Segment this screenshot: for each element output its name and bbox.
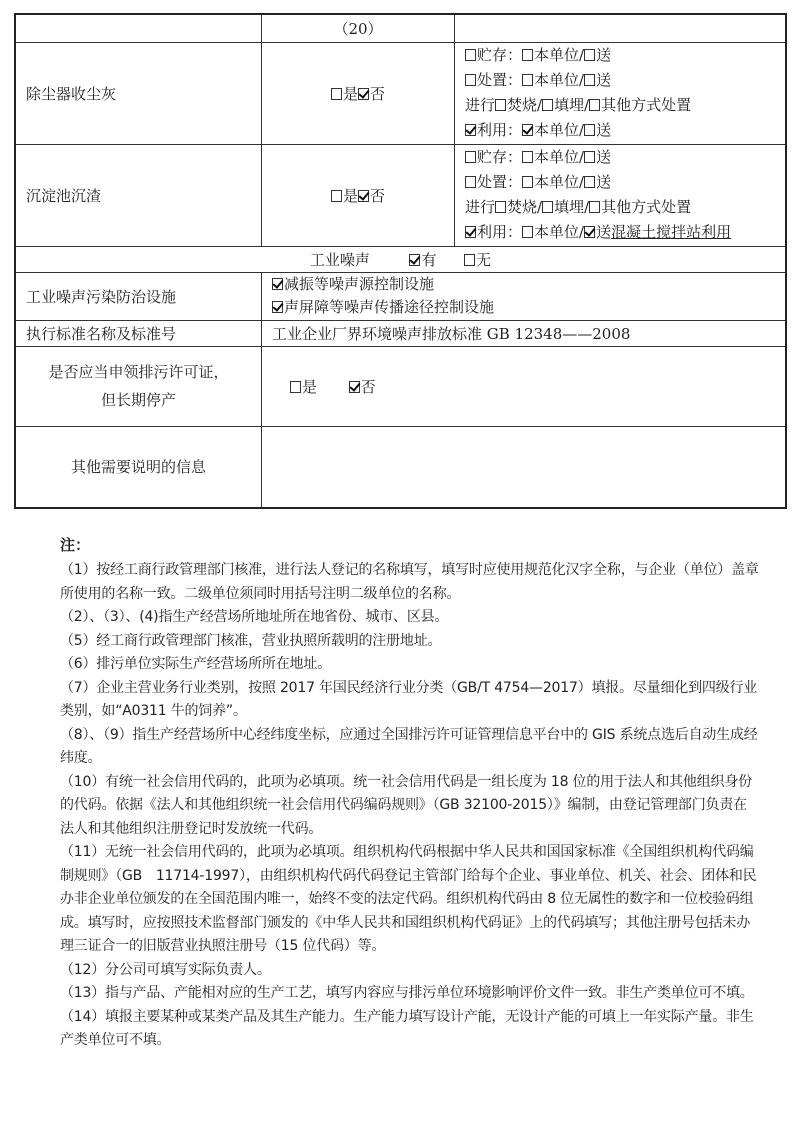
option-label: 送: [596, 121, 611, 139]
no-checkbox[interactable]: [358, 190, 369, 202]
no-label: 否: [370, 187, 385, 205]
option-label: 本单位/: [534, 121, 584, 139]
option-label: 贮存：: [477, 148, 522, 166]
waste-disposal-options: 贮存：本单位/送处置：本单位/送进行焚烧/填埋/其他方式处置利用：本单位/送: [455, 42, 787, 144]
disposal-option-line: 进行焚烧/填埋/其他方式处置: [455, 195, 785, 220]
option-checkbox[interactable]: [584, 49, 595, 61]
vibration-control-checkbox[interactable]: [272, 278, 283, 290]
option-label: 本单位/: [534, 46, 584, 64]
option-label: 本单位/: [534, 223, 584, 241]
table-row-waste-0: 除尘器收尘灰 是否 贮存：本单位/送处置：本单位/送进行焚烧/填埋/其他方式处置…: [15, 42, 786, 144]
table-row-waste-1: 沉淀池沉渣 是否 贮存：本单位/送处置：本单位/送进行焚烧/填埋/其他方式处置利…: [15, 144, 786, 246]
option-checkbox[interactable]: [522, 176, 533, 188]
option-checkbox[interactable]: [522, 151, 533, 163]
standard-label: 执行标准名称及标准号: [15, 320, 262, 346]
option-label: 送: [596, 148, 611, 166]
vibration-control-label: 减振等噪声源控制设施: [284, 275, 434, 293]
yes-label: 是: [343, 85, 358, 103]
notes-section: 注： （1）按经工商行政管理部门核准，进行法人登记的名称填写，填写时应使用规范化…: [60, 534, 760, 1053]
note-paragraph: （10）有统一社会信用代码的，此项为必填项。统一社会信用代码是一组长度为 18 …: [60, 771, 760, 842]
option-label: 本单位/: [534, 173, 584, 191]
standard-value: 工业企业厂界环境噪声排放标准 GB 12348——2008: [262, 320, 787, 346]
noise-label: 工业噪声: [310, 251, 370, 269]
option-checkbox[interactable]: [584, 74, 595, 86]
option-checkbox[interactable]: [522, 226, 533, 238]
noise-waste-form-table: （20） 除尘器收尘灰 是否 贮存：本单位/送处置：本单位/送进行焚烧/填埋/其…: [14, 13, 787, 509]
option-label: 填埋/: [554, 96, 589, 114]
option-label: 填埋/: [554, 198, 589, 216]
waste-disposal-options: 贮存：本单位/送处置：本单位/送进行焚烧/填埋/其他方式处置利用：本单位/送混凝…: [455, 144, 787, 246]
option-label: 送: [596, 46, 611, 64]
waste-yes-no: 是否: [262, 42, 455, 144]
option-label: 本单位/: [534, 148, 584, 166]
permit-label-line2: 但长期停产: [16, 386, 261, 414]
sound-barrier-label: 声屏障等噪声传播途径控制设施: [284, 298, 494, 316]
noise-has-checkbox[interactable]: [409, 254, 420, 266]
other-info-label: 其他需要说明的信息: [15, 426, 262, 508]
disposal-option-line: 贮存：本单位/送: [455, 43, 785, 68]
option-checkbox[interactable]: [584, 151, 595, 163]
option-label: 贮存：: [477, 46, 522, 64]
option-checkbox[interactable]: [465, 74, 476, 86]
option-label: 进行: [465, 198, 495, 216]
disposal-option-line: 利用：本单位/送混凝土搅拌站利用: [455, 220, 785, 245]
other-info-value[interactable]: [262, 426, 787, 508]
top-row-col1: [15, 14, 262, 42]
option-label: 其他方式处置: [601, 198, 691, 216]
option-label: 本单位/: [534, 71, 584, 89]
noise-none-label: 无: [476, 251, 491, 269]
table-row-permit: 是否应当申领排污许可证， 但长期停产 是 否: [15, 346, 786, 426]
option-checkbox[interactable]: [465, 176, 476, 188]
yes-checkbox[interactable]: [331, 190, 342, 202]
option-checkbox[interactable]: [465, 49, 476, 61]
permit-no-checkbox[interactable]: [349, 381, 360, 393]
option-checkbox[interactable]: [584, 124, 595, 136]
option-label: 焚烧/: [507, 198, 542, 216]
option-label: 处置：: [477, 71, 522, 89]
disposal-option-line: 处置：本单位/送: [455, 68, 785, 93]
option-checkbox[interactable]: [584, 176, 595, 188]
option-checkbox[interactable]: [589, 99, 600, 111]
option-label: 送: [596, 173, 611, 191]
permit-options: 是 否: [262, 346, 787, 426]
note-paragraph: （8）、（9）指生产经营场所中心经纬度坐标，应通过全国排污许可证管理信息平台中的…: [60, 724, 760, 771]
note-paragraph: （6）排污单位实际生产经营场所所在地址。: [60, 653, 760, 677]
option-label: 其他方式处置: [601, 96, 691, 114]
yes-label: 是: [343, 187, 358, 205]
option-checkbox[interactable]: [522, 74, 533, 86]
waste-name: 除尘器收尘灰: [15, 42, 262, 144]
option-checkbox[interactable]: [465, 226, 476, 238]
option-checkbox[interactable]: [522, 49, 533, 61]
table-row-noise-facilities: 工业噪声污染防治设施 减振等噪声源控制设施 声屏障等噪声传播途径控制设施: [15, 272, 786, 320]
option-checkbox[interactable]: [495, 99, 506, 111]
table-row-standard: 执行标准名称及标准号 工业企业厂界环境噪声排放标准 GB 12348——2008: [15, 320, 786, 346]
permit-no-label: 否: [361, 378, 376, 396]
disposal-option-line: 利用：本单位/送: [455, 118, 785, 143]
permit-label: 是否应当申领排污许可证， 但长期停产: [15, 346, 262, 426]
note-paragraph: （14）填报主要某种或某类产品及其生产能力。生产能力填写设计产能，无设计产能的可…: [60, 1006, 760, 1053]
note-paragraph: （13）指与产品、产能相对应的生产工艺，填写内容应与排污单位环境影响评价文件一致…: [60, 982, 760, 1006]
noise-has-label: 有: [421, 251, 436, 269]
sound-barrier-checkbox[interactable]: [272, 301, 283, 313]
option-label: 混凝土搅拌站利用: [611, 223, 731, 241]
option-label: 处置：: [477, 173, 522, 191]
noise-facilities-label: 工业噪声污染防治设施: [15, 272, 262, 320]
notes-list: （1）按经工商行政管理部门核准，进行法人登记的名称填写，填写时应使用规范化汉字全…: [60, 559, 760, 1053]
noise-facilities-options: 减振等噪声源控制设施 声屏障等噪声传播途径控制设施: [262, 272, 787, 320]
top-row-col2: （20）: [262, 14, 455, 42]
table-row-top: （20）: [15, 14, 786, 42]
option-checkbox[interactable]: [465, 124, 476, 136]
option-checkbox[interactable]: [542, 201, 553, 213]
notes-heading: 注：: [60, 534, 760, 555]
note-paragraph: （11）无统一社会信用代码的，此项为必填项。组织机构代码根据中华人民共和国国家标…: [60, 841, 760, 959]
disposal-option-line: 进行焚烧/填埋/其他方式处置: [455, 93, 785, 118]
option-checkbox[interactable]: [465, 151, 476, 163]
permit-yes-label: 是: [302, 378, 317, 396]
permit-yes-checkbox[interactable]: [290, 381, 301, 393]
no-checkbox[interactable]: [358, 88, 369, 100]
table-row-noise-header: 工业噪声 有 无: [15, 246, 786, 272]
note-paragraph: （7）企业主营业务行业类别，按照 2017 年国民经济行业分类（GB/T 475…: [60, 677, 760, 724]
disposal-option-line: 贮存：本单位/送: [455, 145, 785, 170]
option-label: 进行: [465, 96, 495, 114]
yes-checkbox[interactable]: [331, 88, 342, 100]
waste-yes-no: 是否: [262, 144, 455, 246]
noise-none-checkbox[interactable]: [464, 254, 475, 266]
permit-label-line1: 是否应当申领排污许可证，: [16, 358, 261, 386]
option-label: 利用：: [477, 121, 522, 139]
disposal-option-line: 处置：本单位/送: [455, 170, 785, 195]
note-paragraph: （12）分公司可填写实际负责人。: [60, 959, 760, 983]
noise-header: 工业噪声 有 无: [15, 246, 786, 272]
note-paragraph: （2）、（3）、(4)指生产经营场所地址所在地省份、城市、区县。: [60, 606, 760, 630]
no-label: 否: [370, 85, 385, 103]
option-checkbox[interactable]: [589, 201, 600, 213]
top-row-col3: [455, 14, 787, 42]
note-paragraph: （5）经工商行政管理部门核准，营业执照所载明的注册地址。: [60, 630, 760, 654]
option-checkbox[interactable]: [584, 226, 595, 238]
option-label: 利用：: [477, 223, 522, 241]
waste-name: 沉淀池沉渣: [15, 144, 262, 246]
option-checkbox[interactable]: [522, 124, 533, 136]
option-label: 送: [596, 223, 611, 241]
option-label: 送: [596, 71, 611, 89]
option-checkbox[interactable]: [495, 201, 506, 213]
note-paragraph: （1）按经工商行政管理部门核准，进行法人登记的名称填写，填写时应使用规范化汉字全…: [60, 559, 760, 606]
option-checkbox[interactable]: [542, 99, 553, 111]
option-label: 焚烧/: [507, 96, 542, 114]
table-row-other-info: 其他需要说明的信息: [15, 426, 786, 508]
